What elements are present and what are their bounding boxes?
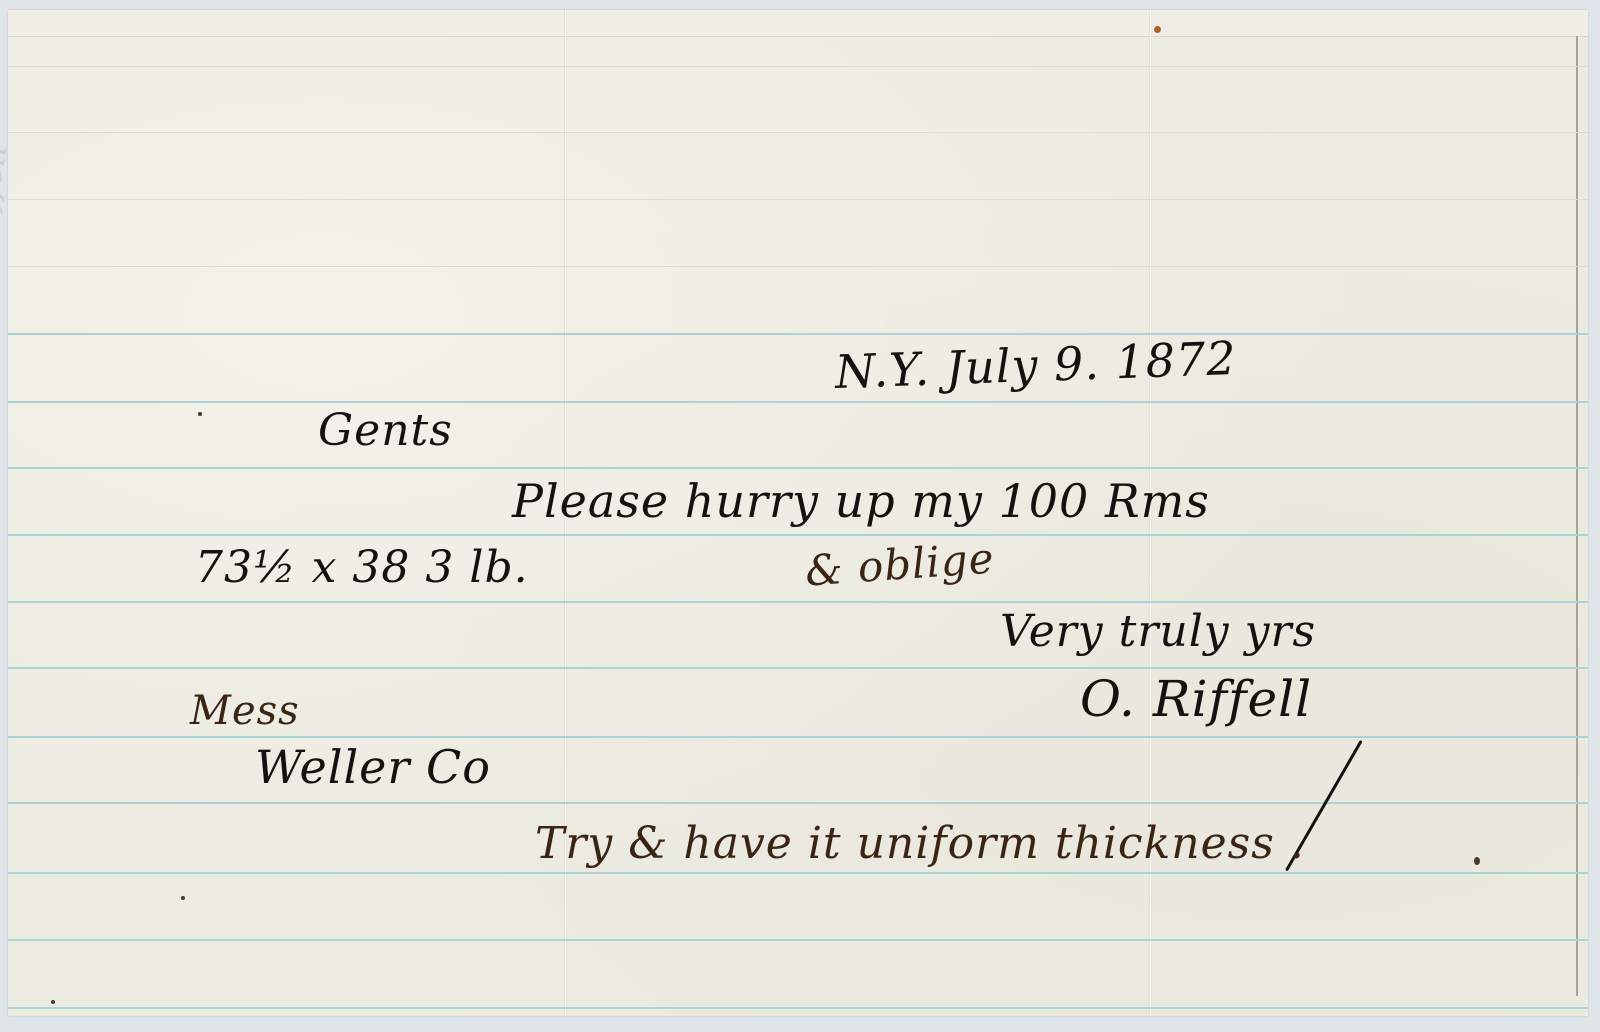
closing: Very truly yrs bbox=[1000, 606, 1316, 657]
ink-speck bbox=[1474, 857, 1480, 865]
paper-top-edge bbox=[8, 10, 1588, 37]
postscript: Try & have it uniform thickness . bbox=[535, 818, 1305, 869]
ruled-line bbox=[8, 534, 1588, 536]
ruled-line-faint bbox=[8, 132, 1588, 133]
ruled-line bbox=[8, 667, 1588, 669]
ruled-line-faint bbox=[8, 66, 1588, 67]
ruled-line bbox=[8, 872, 1588, 874]
signature: O. Riffell bbox=[1080, 670, 1312, 728]
body-line-1: Please hurry up my 100 Rms bbox=[512, 474, 1210, 528]
ruled-line bbox=[8, 802, 1588, 804]
salutation: Gents bbox=[318, 405, 453, 456]
rust-spot bbox=[1154, 26, 1161, 33]
ink-speck bbox=[181, 896, 185, 900]
paper-right-edge bbox=[1576, 36, 1578, 996]
ruled-line bbox=[8, 939, 1588, 941]
ink-speck bbox=[51, 1000, 55, 1004]
body-line-2: 73½ x 38 3 lb. bbox=[195, 542, 529, 593]
addressee-line-2: Weller Co bbox=[255, 740, 491, 794]
ruled-line bbox=[8, 1007, 1588, 1009]
ruled-line bbox=[8, 401, 1588, 403]
ruled-line bbox=[8, 601, 1588, 603]
ink-speck bbox=[198, 412, 202, 416]
addressee-line-1: Mess bbox=[190, 688, 300, 734]
ruled-line bbox=[8, 736, 1588, 738]
ruled-line bbox=[8, 467, 1588, 469]
scanned-document: Eli Riffell N.Y. July 9. 1872 Gents Plea… bbox=[0, 0, 1600, 1032]
